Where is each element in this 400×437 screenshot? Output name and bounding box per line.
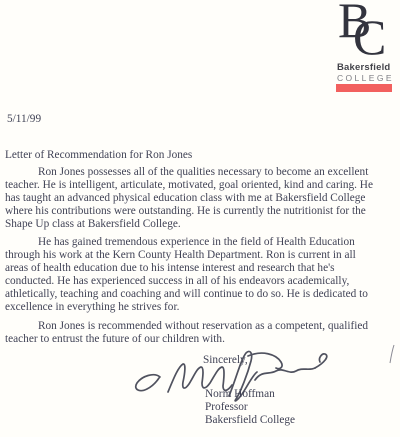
subject-line: Letter of Recommendation for Ron Jones xyxy=(5,149,192,162)
paragraph-2: He has gained tremendous experience in t… xyxy=(5,236,379,314)
paragraph-1: Ron Jones possesses all of the qualities… xyxy=(5,166,379,231)
signer-name: Norm Hoffman xyxy=(205,388,295,401)
closing-salutation: Sincerely, xyxy=(203,354,248,367)
institution-college: COLLEGE xyxy=(337,73,394,83)
accent-bar xyxy=(336,84,392,92)
monogram-letter-c: C xyxy=(353,12,386,62)
letterhead: B C Bakersfield COLLEGE xyxy=(336,2,394,98)
letter-page: B C Bakersfield COLLEGE 5/11/99 Letter o… xyxy=(0,0,400,437)
signer-title: Professor xyxy=(205,401,295,414)
signature-stroke xyxy=(315,354,327,368)
signature-block: Norm Hoffman Professor Bakersfield Colle… xyxy=(205,388,295,427)
letter-date: 5/11/99 xyxy=(7,113,41,126)
scan-artifact-mark xyxy=(388,344,396,364)
signature-stroke xyxy=(248,353,282,369)
signature-stroke xyxy=(136,375,160,391)
signer-organization: Bakersfield College xyxy=(205,414,295,427)
institution-name: Bakersfield xyxy=(337,62,390,73)
signature-stroke xyxy=(255,368,315,380)
paragraph-3: Ron Jones is recommended without reserva… xyxy=(5,320,379,346)
